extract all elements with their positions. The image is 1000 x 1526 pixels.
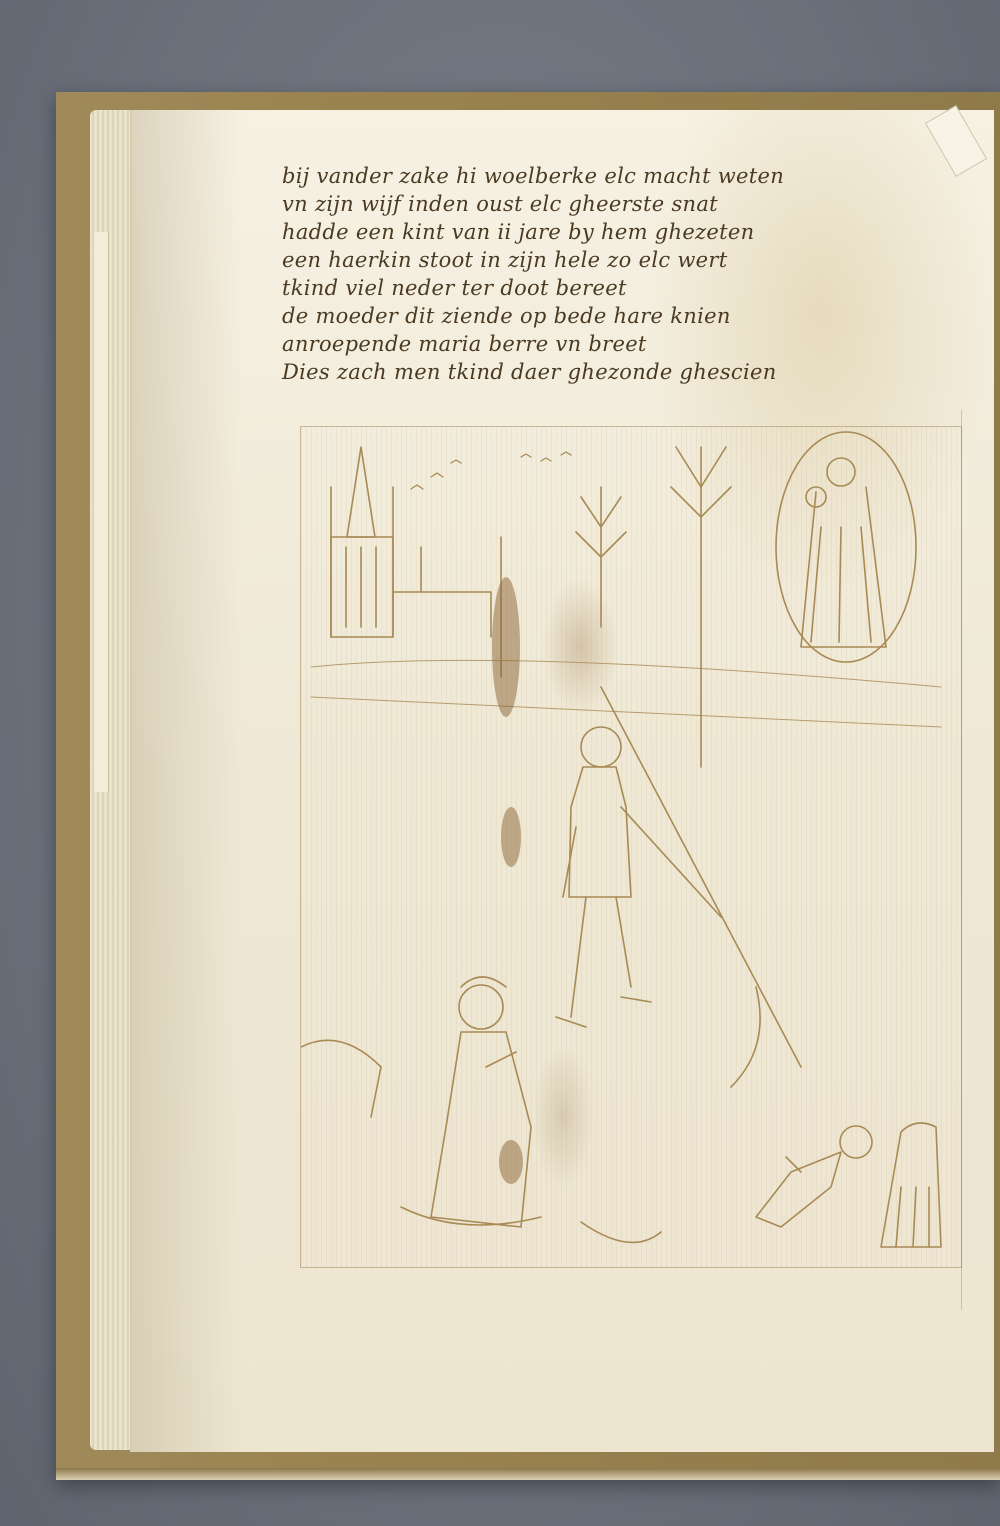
trees-icon bbox=[501, 447, 731, 767]
birds-icon bbox=[411, 452, 571, 489]
verse-line-8: Dies zach men tkind daer ghezonde ghesci… bbox=[282, 358, 922, 386]
manuscript-book: bij vander zake hi woelberke elc macht w… bbox=[56, 92, 1000, 1480]
verse-text-block: bij vander zake hi woelberke elc macht w… bbox=[282, 162, 922, 386]
grain-field-icon bbox=[311, 660, 941, 727]
kneeling-mother-icon bbox=[401, 977, 541, 1227]
corner-paper-tab bbox=[925, 105, 987, 177]
verse-line-4: een haerkin stoot in zijn hele zo elc we… bbox=[282, 246, 922, 274]
miracle-scene-drawing bbox=[301, 427, 961, 1267]
mower-with-scythe-icon bbox=[556, 687, 801, 1087]
pen-drawing-illustration bbox=[300, 426, 962, 1268]
virgin-and-child-mandorla-icon bbox=[776, 432, 916, 662]
page-gutter-shading bbox=[132, 110, 242, 1452]
wheat-sheaf-icon bbox=[881, 1123, 941, 1247]
verse-line-6: de moeder dit ziende op bede hare knien bbox=[282, 302, 922, 330]
flyleaf-strip bbox=[94, 232, 109, 792]
binding-bottom-edge bbox=[56, 1468, 1000, 1480]
verse-line-5: tkind viel neder ter doot bereet bbox=[282, 274, 922, 302]
sickle-icon bbox=[581, 1222, 661, 1242]
ground-mound-icon bbox=[301, 1040, 381, 1117]
fallen-child-icon bbox=[756, 1126, 872, 1227]
verse-line-7: anroepende maria berre vn breet bbox=[282, 330, 922, 358]
water-stains bbox=[492, 577, 523, 1184]
manuscript-page: bij vander zake hi woelberke elc macht w… bbox=[130, 110, 994, 1452]
verse-line-3: hadde een kint van ii jare by hem ghezet… bbox=[282, 218, 922, 246]
church-tower-icon bbox=[331, 447, 491, 637]
verse-line-1: bij vander zake hi woelberke elc macht w… bbox=[282, 162, 922, 190]
verse-line-2: vn zijn wijf inden oust elc gheerste sna… bbox=[282, 190, 922, 218]
